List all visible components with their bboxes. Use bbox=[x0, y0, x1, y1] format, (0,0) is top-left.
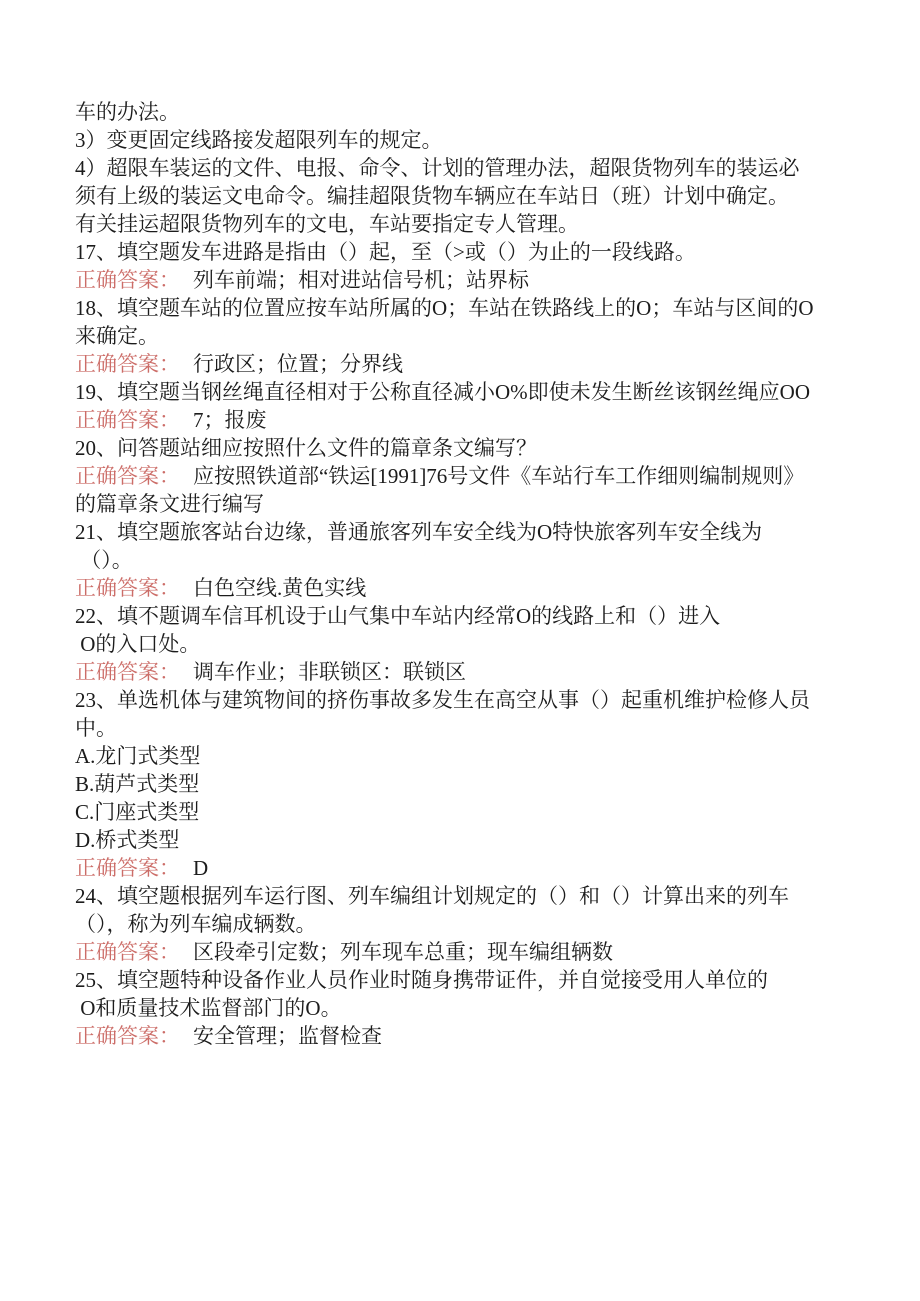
answer-label: 正确答案： bbox=[75, 408, 180, 432]
answer-23: 正确答案：D bbox=[75, 854, 852, 882]
answer-label: 正确答案： bbox=[75, 1024, 180, 1048]
answer-text: 白色空线.黄色实线 bbox=[193, 576, 366, 600]
question-24: 24、填空题根据列车运行图、列车编组计划规定的（）和（）计算出来的列车 （），称… bbox=[75, 882, 852, 938]
answer-label: 正确答案： bbox=[75, 660, 180, 684]
answer-text: 调车作业；非联锁区：联锁区 bbox=[193, 660, 466, 684]
answer-label: 正确答案： bbox=[75, 576, 180, 600]
answer-label: 正确答案： bbox=[75, 352, 180, 376]
option-c: C.门座式类型 bbox=[75, 798, 852, 826]
question-20: 20、问答题站细应按照什么文件的篇章条文编写？ bbox=[75, 434, 852, 462]
answer-label: 正确答案： bbox=[75, 940, 180, 964]
answer-text: 列车前端；相对进站信号机；站界标 bbox=[193, 268, 529, 292]
question-19: 19、填空题当钢丝绳直径相对于公称直径减小O%即使未发生断丝该钢丝绳应OO bbox=[75, 378, 852, 406]
answer-text: 安全管理；监督检查 bbox=[193, 1024, 382, 1048]
answer-18: 正确答案：行政区；位置；分界线 bbox=[75, 350, 852, 378]
answer-text: 行政区；位置；分界线 bbox=[193, 352, 403, 376]
question-18: 18、填空题车站的位置应按车站所属的O；车站在铁路线上的O；车站与区间的O 来确… bbox=[75, 294, 852, 350]
question-25: 25、填空题特种设备作业人员作业时随身携带证件，并自觉接受用人单位的 O和质量技… bbox=[75, 966, 852, 1022]
answer-21: 正确答案：白色空线.黄色实线 bbox=[75, 574, 852, 602]
answer-24: 正确答案：区段牵引定数；列车现车总重；现车编组辆数 bbox=[75, 938, 852, 966]
list-item-3: 3）变更固定线路接发超限列车的规定。 bbox=[75, 126, 852, 154]
answer-label: 正确答案： bbox=[75, 856, 180, 880]
option-d: D.桥式类型 bbox=[75, 826, 852, 854]
list-item-4-paragraph: 4）超限车装运的文件、电报、命令、计划的管理办法，超限货物列车的装运必 须有上级… bbox=[75, 154, 852, 238]
answer-19: 正确答案：7；报废 bbox=[75, 406, 852, 434]
answer-22: 正确答案：调车作业；非联锁区：联锁区 bbox=[75, 658, 852, 686]
answer-17: 正确答案：列车前端；相对进站信号机；站界标 bbox=[75, 266, 852, 294]
question-21: 21、填空题旅客站台边缘，普通旅客列车安全线为O特快旅客列车安全线为 （）。 bbox=[75, 518, 852, 574]
question-22: 22、填不题调车信耳机设于山气集中车站内经常O的线路上和（）进入 O的入口处。 bbox=[75, 602, 852, 658]
question-23: 23、单选机体与建筑物间的挤伤事故多发生在高空从事（）起重机维护检修人员 中。 bbox=[75, 686, 852, 742]
answer-text: 区段牵引定数；列车现车总重；现车编组辆数 bbox=[193, 940, 613, 964]
continuation-text: 车的办法。 bbox=[75, 98, 852, 126]
answer-label: 正确答案： bbox=[75, 464, 180, 488]
answer-text: 应按照铁道部“铁运[1991]76号文件《车站行车工作细则编制规则》 的篇章条文… bbox=[75, 464, 804, 516]
answer-label: 正确答案： bbox=[75, 268, 180, 292]
answer-20: 正确答案：应按照铁道部“铁运[1991]76号文件《车站行车工作细则编制规则》 … bbox=[75, 462, 852, 518]
question-17: 17、填空题发车进路是指由（）起，至（>或（）为止的一段线路。 bbox=[75, 238, 852, 266]
option-a: A.龙门式类型 bbox=[75, 742, 852, 770]
option-b: B.葫芦式类型 bbox=[75, 770, 852, 798]
answer-text: 7；报废 bbox=[193, 408, 267, 432]
answer-25: 正确答案：安全管理；监督检查 bbox=[75, 1022, 852, 1050]
answer-text: D bbox=[193, 856, 208, 880]
exam-question-document: 车的办法。 3）变更固定线路接发超限列车的规定。 4）超限车装运的文件、电报、命… bbox=[0, 0, 920, 1050]
